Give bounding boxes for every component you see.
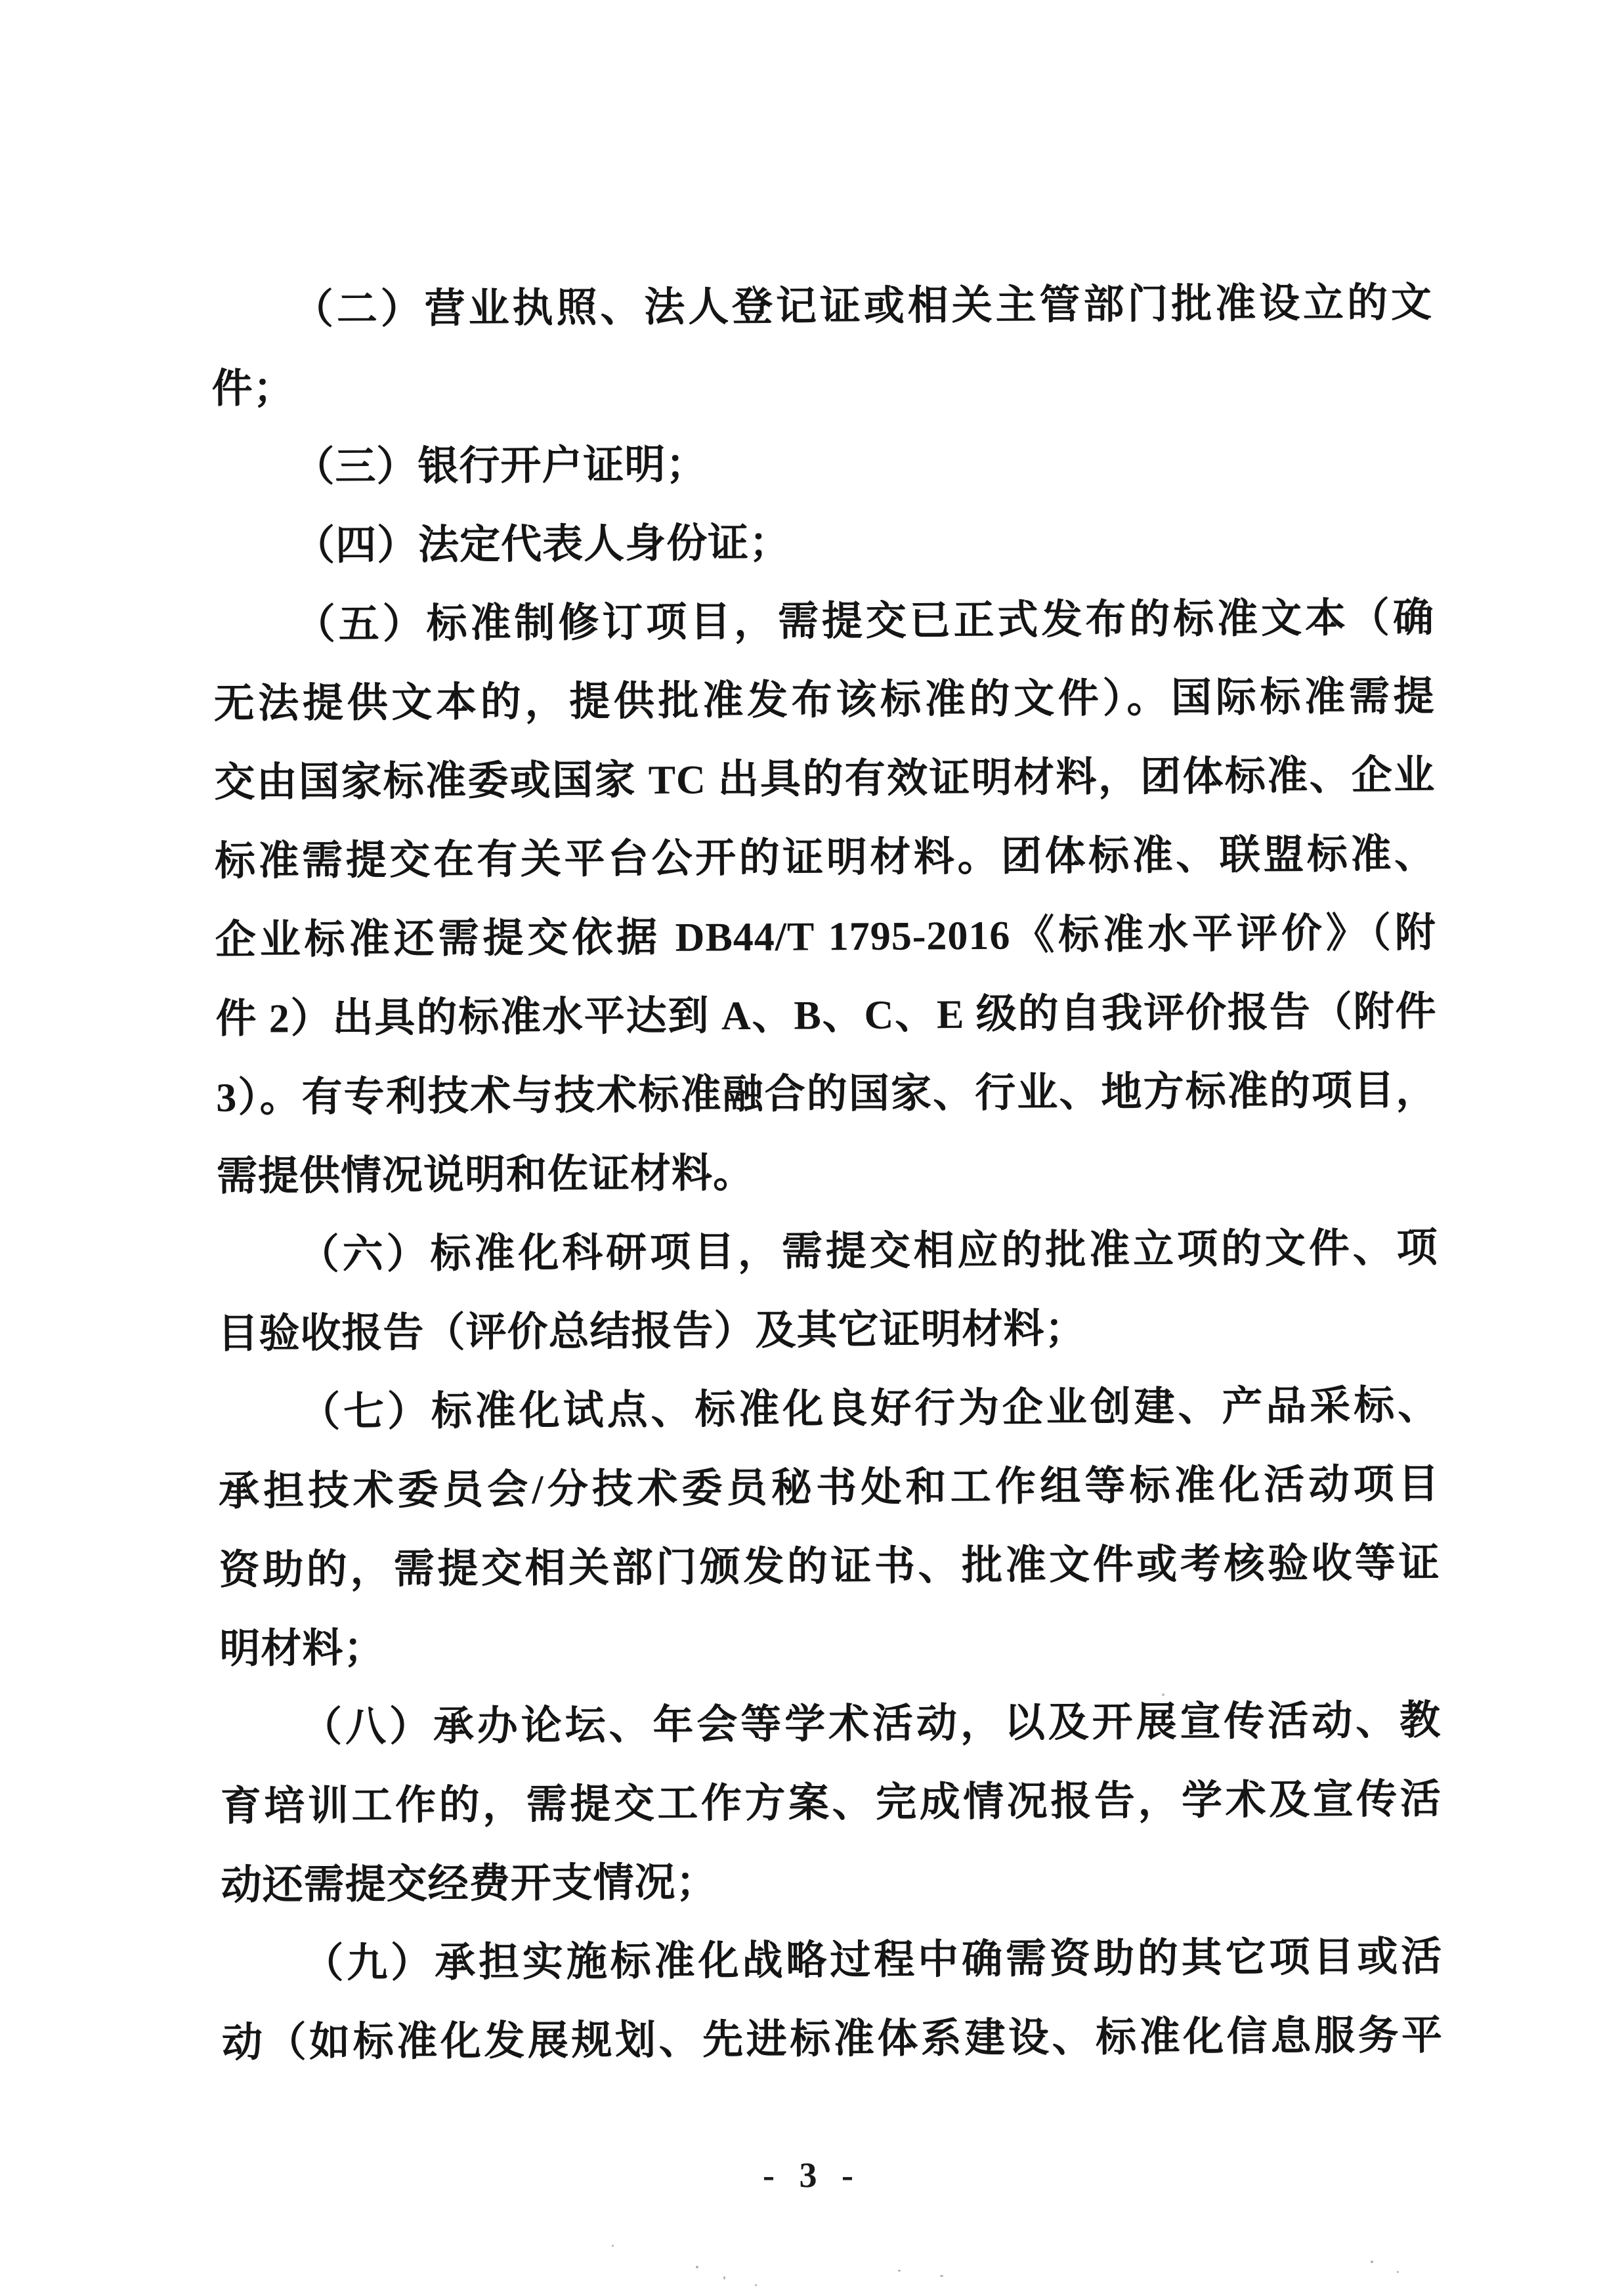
text-line: 资助的，需提交相关部门颁发的证书、批准文件或考核验收等证 [219, 1524, 1440, 1610]
scan-noise-speck [898, 2270, 901, 2272]
text-line: 需提供情况说明和佐证材料。 [217, 1130, 1438, 1216]
text-line: 育培训工作的，需提交工作方案、完成情况报告，学术及宣传活 [220, 1760, 1442, 1846]
scan-noise-speck [1162, 1693, 1165, 1696]
text-line: （八）承办论坛、年会等学术活动，以及开展宣传活动、教 [220, 1682, 1442, 1768]
text-line: 件 2）出具的标准水平达到 A、B、C、E 级的自我评价报告（附件 [215, 973, 1437, 1059]
text-line: 无法提供文本的，提供批准发布该标准的文件）。国际标准需提 [213, 658, 1435, 744]
text-line: （七）标准化试点、标准化良好行为企业创建、产品采标、 [218, 1367, 1440, 1453]
scan-noise-speck [696, 2266, 698, 2268]
text-line: 明材料； [219, 1603, 1441, 1689]
text-line: 交由国家标准委或国家 TC 出具的有效证明材料，团体标准、企业 [214, 736, 1436, 822]
document-page: （二）营业执照、法人登记证或相关主管部门批准设立的文 件； （三）银行开户证明；… [211, 264, 1443, 2083]
text-line: 企业标准还需提交依据 DB44/T 1795-2016《标准水平评价》（附 [215, 894, 1436, 980]
page-number: - 3 - [0, 2155, 1624, 2196]
scan-noise-speck [612, 2245, 614, 2247]
text-line: 目验收报告（评价总结报告）及其它证明材料； [217, 1288, 1439, 1374]
text-line: （九）承担实施标准化战略过程中确需资助的其它项目或活 [221, 1918, 1443, 2004]
scan-noise-speck [723, 2276, 725, 2280]
text-line: （六）标准化科研项目，需提交相应的批准立项的文件、项 [217, 1209, 1438, 1295]
scan-noise-speck [1397, 2271, 1399, 2273]
text-line: （二）营业执照、法人登记证或相关主管部门批准设立的文 [211, 264, 1433, 350]
text-line: 动（如标准化发展规划、先进标准体系建设、标准化信息服务平 [222, 1997, 1443, 2083]
text-line: （三）银行开户证明； [212, 421, 1434, 507]
text-line: （五）标准制修订项目，需提交已正式发布的标准文本（确 [213, 579, 1435, 665]
scan-noise-speck [755, 2284, 757, 2286]
text-line: 承担技术委员会/分技术委员秘书处和工作组等标准化活动项目 [219, 1445, 1440, 1531]
text-line: 件； [211, 343, 1433, 429]
text-line: （四）法定代表人身份证； [213, 500, 1434, 586]
text-line: 标准需提交在有关平台公开的证明材料。团体标准、联盟标准、 [215, 815, 1436, 901]
text-line: 动还需提交经费开支情况； [221, 1839, 1442, 1925]
scan-noise-speck [940, 2275, 943, 2277]
text-line: 3）。有专利技术与技术标准融合的国家、行业、地方标准的项目， [216, 1051, 1438, 1137]
scan-noise-speck [1371, 2260, 1373, 2263]
